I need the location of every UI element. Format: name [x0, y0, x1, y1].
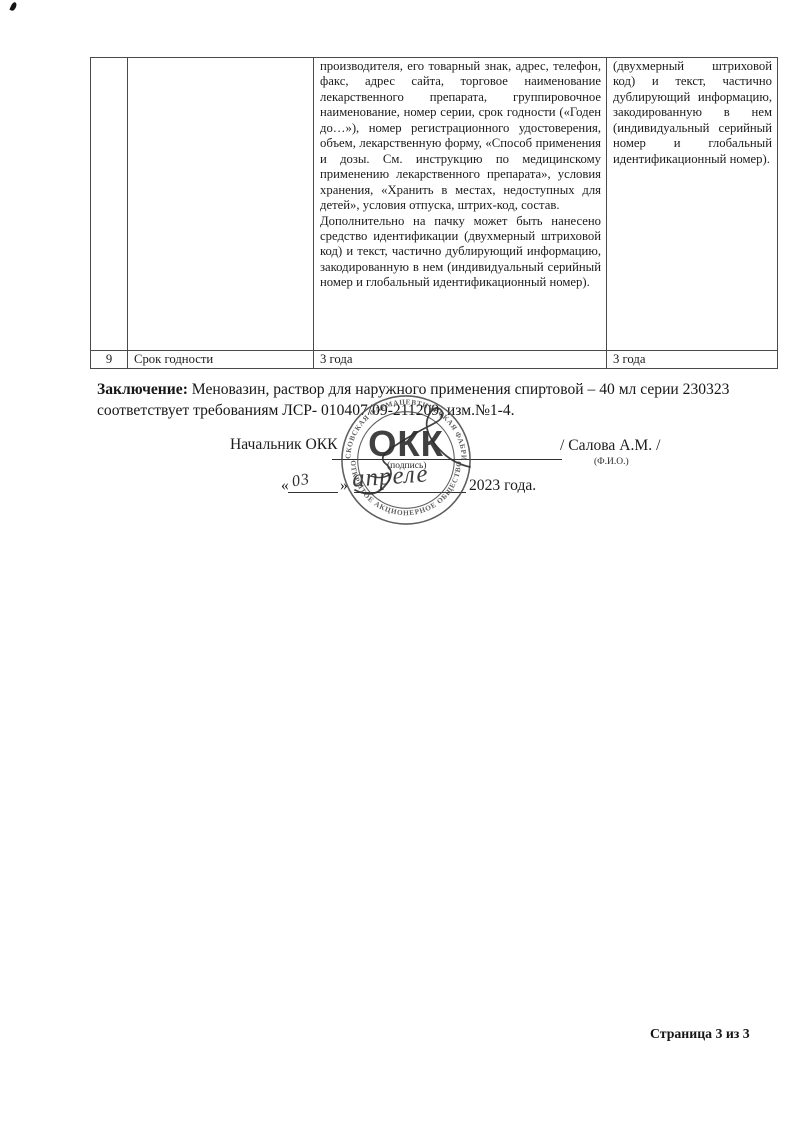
requirement-paragraph-1: производителя, его товарный знак, адрес,… — [320, 59, 601, 214]
signer-role-label: Начальник ОКК — [230, 436, 338, 454]
cell-requirement-value: 3 года — [314, 351, 607, 369]
name-caption: (Ф.И.О.) — [594, 457, 629, 467]
specification-table: производителя, его товарный знак, адрес,… — [90, 57, 778, 369]
cell-row-number: 9 — [91, 351, 128, 369]
signer-name: / Салова А.М. / — [560, 437, 660, 455]
scan-artifact-speck — [9, 1, 17, 11]
handwritten-signature-flourish — [345, 398, 495, 508]
page-number: Страница 3 из 3 — [650, 1026, 750, 1042]
scanned-document-page: производителя, его товарный знак, адрес,… — [0, 0, 794, 1122]
conclusion-label: Заключение: — [97, 381, 188, 398]
cell-result-text: (двухмерный штриховой код) и текст, част… — [607, 58, 778, 351]
result-paragraph: (двухмерный штриховой код) и текст, част… — [613, 59, 772, 167]
table-row-continuation: производителя, его товарный знак, адрес,… — [91, 58, 778, 351]
requirement-paragraph-2: Дополнительно на пачку может быть нанесе… — [320, 214, 601, 291]
cell-result-value: 3 года — [607, 351, 778, 369]
signature-stroke-small — [371, 474, 391, 478]
cell-parameter-label: Срок годности — [128, 351, 314, 369]
cell-parameter-label — [128, 58, 314, 351]
signature-stroke — [355, 408, 470, 494]
cell-row-number — [91, 58, 128, 351]
cell-requirement-text: производителя, его товарный знак, адрес,… — [314, 58, 607, 351]
handwritten-day: 03 — [291, 471, 312, 492]
table-row-shelf-life: 9 Срок годности 3 года 3 года — [91, 351, 778, 369]
